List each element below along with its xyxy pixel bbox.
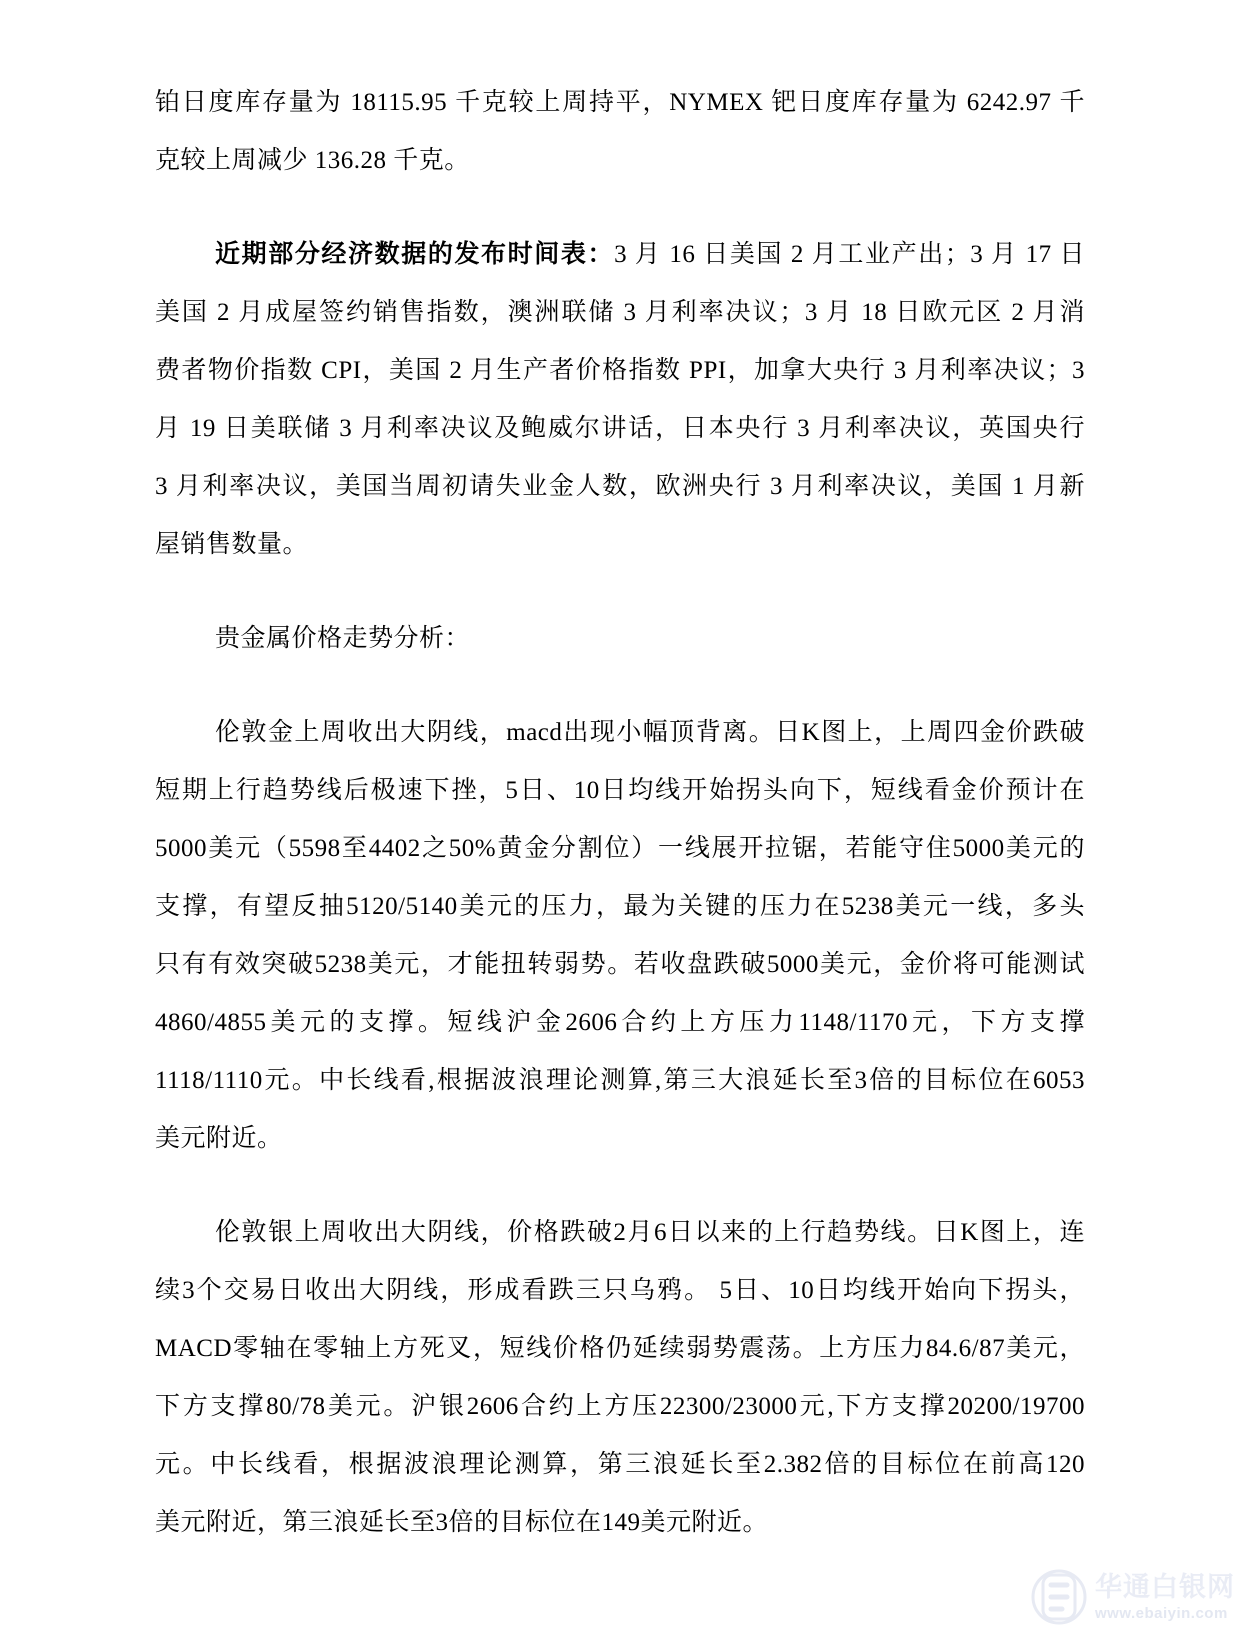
text-line: 下方支撑80/78美元。沪银2606合约上方压22300/23000元,下方支撑… [155, 1378, 1085, 1436]
text-line: 支撑，有望反抽5120/5140美元的压力，最为关键的压力在5238美元一线，多… [155, 878, 1085, 936]
site-watermark: 华通白银网 www.ebaiyin.com [1030, 1563, 1235, 1631]
watermark-text-block: 华通白银网 www.ebaiyin.com [1095, 1574, 1235, 1621]
text-line: 短期上行趋势线后极速下挫，5日、10日均线开始拐头向下，短线看金价预计在 [155, 762, 1085, 820]
document-page: 铂日度库存量为 18115.95 千克较上周持平，NYMEX 钯日度库存量为 6… [0, 0, 1240, 1552]
watermark-site-name: 华通白银网 [1095, 1574, 1235, 1601]
text-line: 只有有效突破5238美元，才能扭转弱势。若收盘跌破5000美元，金价将可能测试 [155, 936, 1085, 994]
text-line: 4860/4855美元的支撑。短线沪金2606合约上方压力1148/1170元，… [155, 994, 1085, 1052]
text-line: 费者物价指数 CPI，美国 2 月生产者价格指数 PPI，加拿大央行 3 月利率… [155, 342, 1085, 400]
text-line: 1118/1110元。中长线看,根据波浪理论测算,第三大浪延长至3倍的目标位在6… [155, 1052, 1085, 1110]
document-body: 铂日度库存量为 18115.95 千克较上周持平，NYMEX 钯日度库存量为 6… [155, 74, 1085, 1552]
paragraph-analysis-heading: 贵金属价格走势分析： [155, 610, 1085, 668]
text-line: 月 19 日美联储 3 月利率决议及鲍威尔讲话，日本央行 3 月利率决议，英国央… [155, 400, 1085, 458]
paragraph-london-silver-analysis: 伦敦银上周收出大阴线，价格跌破2月6日以来的上行趋势线。日K图上，连续3个交易日… [155, 1204, 1085, 1552]
text-line: 美元附近，第三浪延长至3倍的目标位在149美元附近。 [155, 1494, 1085, 1552]
text-line: 美国 2 月成屋签约销售指数，澳洲联储 3 月利率决议；3 月 18 日欧元区 … [155, 284, 1085, 342]
paragraph-econ-data-calendar: 近期部分经济数据的发布时间表：3 月 16 日美国 2 月工业产出；3 月 17… [155, 226, 1085, 574]
text-line: MACD零轴在零轴上方死叉，短线价格仍延续弱势震荡。上方压力84.6/87美元， [155, 1320, 1085, 1378]
text-line: 铂日度库存量为 18115.95 千克较上周持平，NYMEX 钯日度库存量为 6… [155, 74, 1085, 132]
watermark-site-url: www.ebaiyin.com [1095, 1606, 1235, 1621]
text-line: 伦敦银上周收出大阴线，价格跌破2月6日以来的上行趋势线。日K图上，连 [155, 1204, 1085, 1262]
text-line: 5000美元（5598至4402之50%黄金分割位）一线展开拉锯，若能守住500… [155, 820, 1085, 878]
site-logo-icon [1030, 1563, 1088, 1631]
text-line: 屋销售数量。 [155, 516, 1085, 574]
text-line: 元。中长线看，根据波浪理论测算，第三浪延长至2.382倍的目标位在前高120 [155, 1436, 1085, 1494]
bold-lead-text: 近期部分经济数据的发布时间表： [215, 241, 614, 268]
paragraph-london-gold-analysis: 伦敦金上周收出大阴线，macd出现小幅顶背离。日K图上，上周四金价跌破短期上行趋… [155, 704, 1085, 1168]
text-line: 近期部分经济数据的发布时间表：3 月 16 日美国 2 月工业产出；3 月 17… [155, 226, 1085, 284]
text-line: 伦敦金上周收出大阴线，macd出现小幅顶背离。日K图上，上周四金价跌破 [155, 704, 1085, 762]
text-line: 克较上周减少 136.28 千克。 [155, 132, 1085, 190]
text-line: 3 月利率决议，美国当周初请失业金人数，欧洲央行 3 月利率决议，美国 1 月新 [155, 458, 1085, 516]
text-line: 续3个交易日收出大阴线，形成看跌三只乌鸦。 5日、10日均线开始向下拐头， [155, 1262, 1085, 1320]
paragraph-inventory-continued: 铂日度库存量为 18115.95 千克较上周持平，NYMEX 钯日度库存量为 6… [155, 74, 1085, 190]
text-line: 美元附近。 [155, 1110, 1085, 1168]
text-line: 贵金属价格走势分析： [155, 610, 1085, 668]
